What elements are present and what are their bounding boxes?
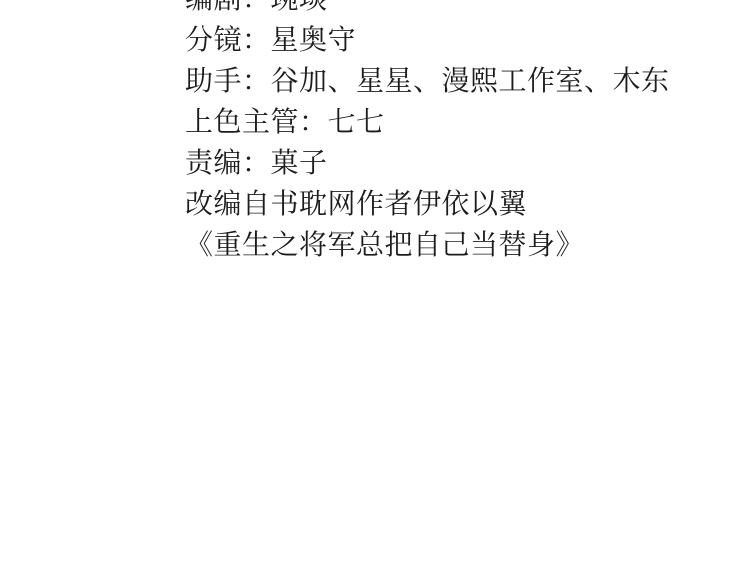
credits-line-coloring-supervisor: 上色主管：七七 [185,101,670,142]
credits-adaptation-source: 改编自书耽网作者伊依以翼 [185,183,670,224]
credits-line-storyboard: 分镜：星奥守 [185,19,670,60]
credits-original-title: 《重生之将军总把自己当替身》 [185,224,670,265]
credits-line-assistants: 助手：谷加、星星、漫熙工作室、木东 [185,60,670,101]
credits-line-writer: 编剧：琬琰 [185,0,670,19]
credits-line-editor: 责编：菓子 [185,142,670,183]
credits-block: 编剧：琬琰 分镜：星奥守 助手：谷加、星星、漫熙工作室、木东 上色主管：七七 责… [185,0,670,265]
